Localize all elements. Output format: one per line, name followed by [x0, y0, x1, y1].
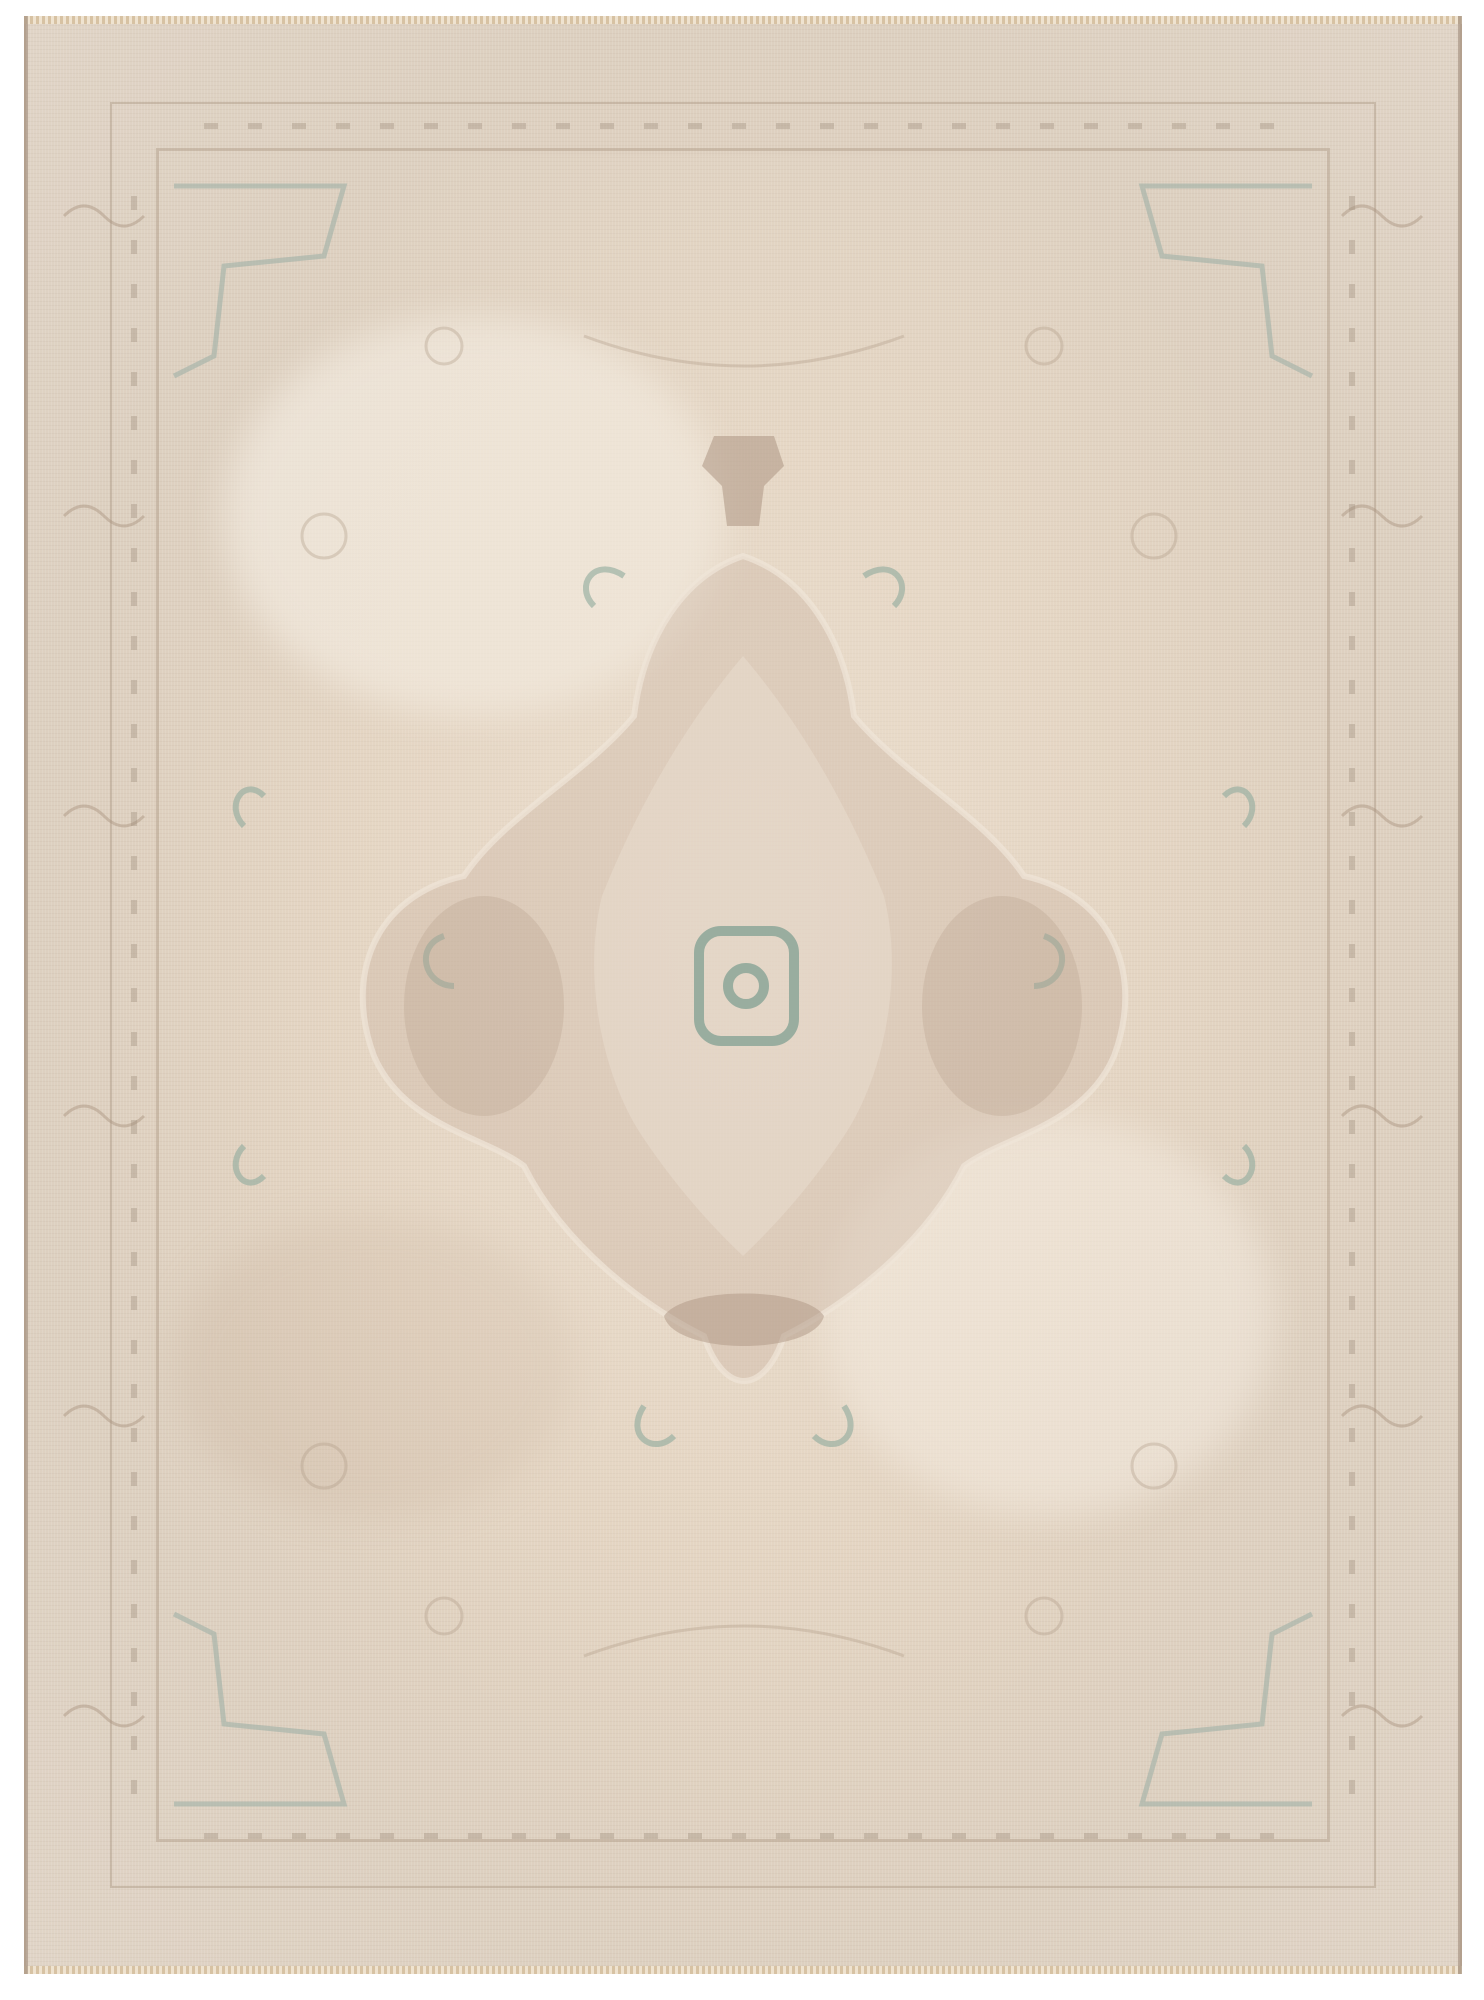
rug-pattern — [24, 16, 1462, 1974]
rug — [24, 16, 1462, 1974]
central-medallion — [236, 436, 1253, 1444]
